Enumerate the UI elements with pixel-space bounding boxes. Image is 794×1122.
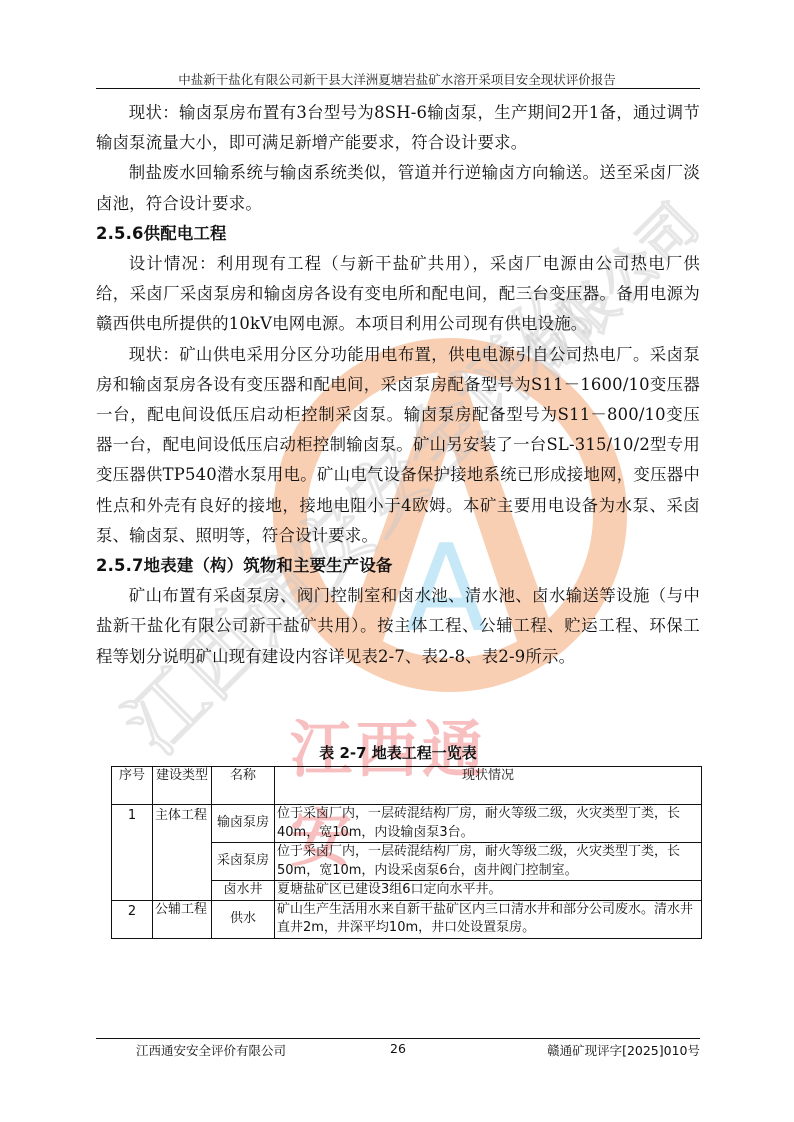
footer-divider <box>96 1038 700 1039</box>
surface-works-table: 序号 建设类型 名称 现状情况 1 主体工程 输卤泵房 位于采卤厂内，一层砖混结… <box>111 766 702 939</box>
paragraph-power-status: 现状：矿山供电采用分区分功能用电布置，供电电源引自公司热电厂。采卤泵房和输卤泵房… <box>96 340 700 551</box>
cell-name: 采卤泵房 <box>212 843 275 881</box>
paragraph-power-design: 设计情况：利用现有工程（与新干盐矿共用），采卤厂电源由公司热电厂供给，采卤厂采卤… <box>96 249 700 340</box>
cell-name: 输卤泵房 <box>212 805 275 843</box>
cell-construction-type: 公辅工程 <box>153 900 212 938</box>
footer-document-number: 赣通矿现评字[2025]010号 <box>547 1041 700 1059</box>
header-cell-number: 序号 <box>112 767 153 805</box>
section-heading-power-supply: 2.5.6供配电工程 <box>96 219 700 249</box>
table-row: 2 公辅工程 供水 矿山生产生活用水来自新干盐矿区内三口清水井和部分公司废水。清… <box>112 900 702 938</box>
paragraph-wastewater-return: 制盐废水回输系统与输卤系统类似，管道并行逆输卤方向输送。送至采卤厂淡卤池，符合设… <box>96 158 700 218</box>
cell-number: 2 <box>112 900 153 938</box>
cell-name: 供水 <box>212 900 275 938</box>
paragraph-surface-facilities: 矿山布置有采卤泵房、阀门控制室和卤水池、清水池、卤水输送等设施（与中盐新干盐化有… <box>96 581 700 672</box>
paragraph-transfer-pump-status: 现状：输卤泵房布置有3台型号为8SH-6输卤泵，生产期间2开1备，通过调节输卤泵… <box>96 98 700 158</box>
table-caption: 表 2-7 地表工程一览表 <box>96 742 700 763</box>
cell-status: 矿山生产生活用水来自新干盐矿区内三口清水井和部分公司废水。清水井直井2m，井深平… <box>275 900 702 938</box>
header-cell-name: 名称 <box>212 767 275 805</box>
header-divider <box>96 88 700 89</box>
cell-status: 位于采卤厂内，一层砖混结构厂房，耐火等级二级，火灾类型丁类，长50m，宽10m，… <box>275 843 702 881</box>
header-cell-construction-type: 建设类型 <box>153 767 212 805</box>
cell-status: 位于采卤厂内，一层砖混结构厂房，耐火等级二级，火灾类型丁类，长40m，宽10m，… <box>275 805 702 843</box>
document-page: A 江西通安安全评价 有限公司 江西通安 中盐新干盐化有限公司新干县大洋洲夏塘岩… <box>0 0 794 1122</box>
cell-name: 卤水井 <box>212 881 275 901</box>
running-header: 中盐新干盐化有限公司新干县大洋洲夏塘岩盐矿水溶开采项目安全现状评价报告 <box>0 70 794 88</box>
cell-construction-type: 主体工程 <box>153 805 212 901</box>
section-heading-surface-buildings: 2.5.7地表建（构）筑物和主要生产设备 <box>96 551 700 581</box>
body-content: 现状：输卤泵房布置有3台型号为8SH-6输卤泵，生产期间2开1备，通过调节输卤泵… <box>96 98 700 672</box>
cell-status: 夏塘盐矿区已建设3组6口定向水平井。 <box>275 881 702 901</box>
table-header-row: 序号 建设类型 名称 现状情况 <box>112 767 702 805</box>
header-cell-status: 现状情况 <box>275 767 702 805</box>
table-row: 1 主体工程 输卤泵房 位于采卤厂内，一层砖混结构厂房，耐火等级二级，火灾类型丁… <box>112 805 702 843</box>
cell-number: 1 <box>112 805 153 901</box>
